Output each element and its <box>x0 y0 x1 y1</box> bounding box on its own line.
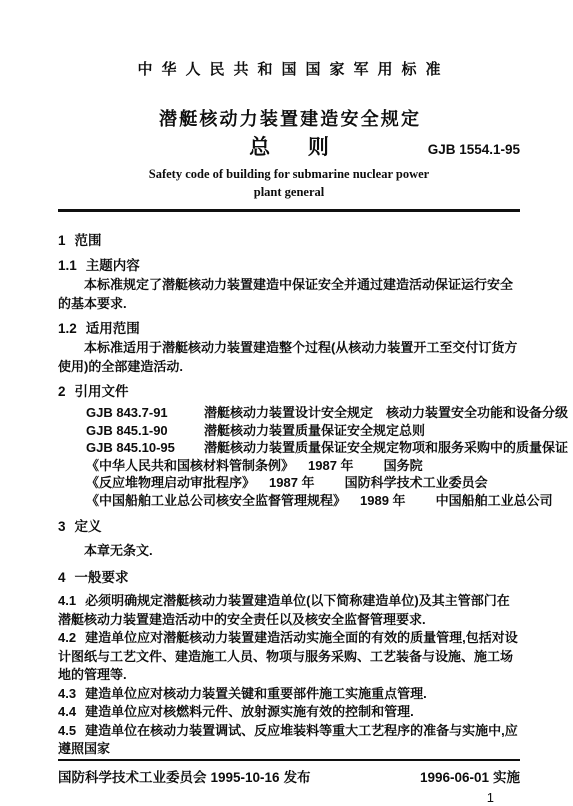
applicability-paragraph: 本标准适用于潜艇核动力装置建造整个过程(从核动力装置开工至交付订货方使用)的全部… <box>58 338 520 376</box>
section-number: 4 <box>58 570 66 585</box>
issue-label: 发布 <box>284 770 311 785</box>
header-divider <box>58 209 520 212</box>
section-number: 1 <box>58 233 66 248</box>
section-heading-general: 4一般要求 <box>58 568 520 587</box>
reference-item: GJB 845.1-90潜艇核动力装置质量保证安全规定总则 <box>86 422 520 440</box>
section-heading-subject: 1.1主题内容 <box>58 256 520 275</box>
reference-item: GJB 843.7-91潜艇核动力装置设计安全规定 核动力装置安全功能和设备分级 <box>86 404 520 422</box>
reference-organization: 国防科学技术工业委员会 <box>345 475 488 490</box>
definitions-paragraph: 本章无条文. <box>58 541 520 560</box>
section-label: 适用范围 <box>86 321 140 336</box>
reference-item: 《反应堆物理启动审批程序》1987 年国防科学技术工业委员会 <box>86 474 520 492</box>
clause-4-3: 4.3建造单位应对核动力装置关键和重要部件施工实施重点管理. <box>58 685 520 704</box>
section-label: 一般要求 <box>75 570 129 585</box>
page-footer: 国防科学技术工业委员会1995-10-16发布 1996-06-01实施 1 <box>58 759 520 806</box>
subtitle-row: 总则 GJB 1554.1-95 <box>58 135 520 161</box>
reference-item: 《中华人民共和国核材料管制条例》1987 年国务院 <box>86 457 520 475</box>
reference-organization: 国务院 <box>384 458 423 473</box>
reference-list: GJB 843.7-91潜艇核动力装置设计安全规定 核动力装置安全功能和设备分级… <box>58 404 520 509</box>
issuer-name: 国防科学技术工业委员会 <box>58 770 207 785</box>
english-title-line2: plant general <box>58 185 520 200</box>
document-page: 中华人民共和国国家军用标准 潜艇核动力装置建造安全规定 总则 GJB 1554.… <box>0 0 573 806</box>
issue-date: 1995-10-16 <box>211 770 280 785</box>
clause-text: 建造单位应对核燃料元件、放射源实施有效的控制和管理. <box>85 704 414 719</box>
reference-title: 《反应堆物理启动审批程序》 <box>86 475 255 490</box>
reference-item: 《中国船舶工业总公司核安全监督管理规程》1989 年中国船舶工业总公司 <box>86 492 520 510</box>
clause-4-1: 4.1必须明确规定潜艇核动力装置建造单位(以下简称建造单位)及其主管部门在潜艇核… <box>58 592 520 629</box>
standard-class-heading: 中华人民共和国国家军用标准 <box>58 60 520 79</box>
document-body: 1范围 1.1主题内容 本标准规定了潜艇核动力装置建造中保证安全并通过建造活动保… <box>58 225 520 759</box>
section-label: 主题内容 <box>86 258 140 273</box>
subject-paragraph: 本标准规定了潜艇核动力装置建造中保证安全并通过建造活动保证运行安全的基本要求. <box>58 275 520 313</box>
reference-title: 《中国船舶工业总公司核安全监督管理规程》 <box>86 493 346 508</box>
issue-statement: 国防科学技术工业委员会1995-10-16发布 <box>58 769 311 787</box>
document-title: 潜艇核动力装置建造安全规定 <box>58 108 520 130</box>
section-heading-scope: 1范围 <box>58 231 520 250</box>
section-label: 定义 <box>75 519 102 534</box>
reference-title: 《中华人民共和国核材料管制条例》 <box>86 458 294 473</box>
implement-label: 实施 <box>493 770 520 785</box>
section-heading-references: 2引用文件 <box>58 382 520 401</box>
reference-year: 1987 年 <box>308 458 354 473</box>
reference-title: 潜艇核动力装置设计安全规定 核动力装置安全功能和设备分级 <box>204 405 568 420</box>
implement-statement: 1996-06-01实施 <box>420 769 520 787</box>
clause-number: 4.2 <box>58 630 76 645</box>
standard-class-text: 中华人民共和国国家军用标准 <box>137 61 449 78</box>
implement-date: 1996-06-01 <box>420 770 489 785</box>
document-title-text: 潜艇核动力装置建造安全规定 <box>159 109 421 129</box>
reference-item: GJB 845.10-95潜艇核动力装置质量保证安全规定物项和服务采购中的质量保… <box>86 439 520 457</box>
section-label: 引用文件 <box>75 384 129 399</box>
clause-number: 4.4 <box>58 704 76 719</box>
clause-text: 必须明确规定潜艇核动力装置建造单位(以下简称建造单位)及其主管部门在潜艇核动力装… <box>58 593 510 627</box>
section-label: 范围 <box>75 233 102 248</box>
reference-code: GJB 845.1-90 <box>86 422 204 440</box>
reference-year: 1987 年 <box>269 475 315 490</box>
reference-code: GJB 845.10-95 <box>86 439 204 457</box>
section-heading-applicability: 1.2适用范围 <box>58 319 520 338</box>
clause-4-4: 4.4建造单位应对核燃料元件、放射源实施有效的控制和管理. <box>58 703 520 722</box>
reference-title: 潜艇核动力装置质量保证安全规定物项和服务采购中的质量保证 <box>204 440 568 455</box>
reference-title: 潜艇核动力装置质量保证安全规定总则 <box>204 423 425 438</box>
clause-4-5: 4.5建造单位在核动力装置调试、反应堆装料等重大工艺程序的准备与实施中,应遵照国… <box>58 722 520 759</box>
english-title-line1: Safety code of building for submarine nu… <box>58 167 520 182</box>
clause-text: 建造单位在核动力装置调试、反应堆装料等重大工艺程序的准备与实施中,应遵照国家 <box>58 723 518 757</box>
reference-code: GJB 843.7-91 <box>86 404 204 422</box>
clause-text: 建造单位应对核动力装置关键和重要部件施工实施重点管理. <box>85 686 427 701</box>
clause-number: 4.1 <box>58 593 76 608</box>
section-number: 2 <box>58 384 66 399</box>
page-number: 1 <box>58 789 520 806</box>
standard-code: GJB 1554.1-95 <box>428 142 520 157</box>
clause-text: 建造单位应对潜艇核动力装置建造活动实施全面的有效的质量管理,包括对设计图纸与工艺… <box>58 630 518 682</box>
reference-year: 1989 年 <box>360 493 406 508</box>
clause-number: 4.5 <box>58 723 76 738</box>
section-number: 1.2 <box>58 321 77 336</box>
document-subtitle: 总则 <box>249 136 367 159</box>
footer-divider <box>58 759 520 761</box>
section-number: 1.1 <box>58 258 77 273</box>
clause-4-2: 4.2建造单位应对潜艇核动力装置建造活动实施全面的有效的质量管理,包括对设计图纸… <box>58 629 520 685</box>
footer-row: 国防科学技术工业委员会1995-10-16发布 1996-06-01实施 <box>58 769 520 787</box>
section-heading-definitions: 3定义 <box>58 517 520 536</box>
clause-number: 4.3 <box>58 686 76 701</box>
reference-organization: 中国船舶工业总公司 <box>436 493 553 508</box>
section-number: 3 <box>58 519 66 534</box>
